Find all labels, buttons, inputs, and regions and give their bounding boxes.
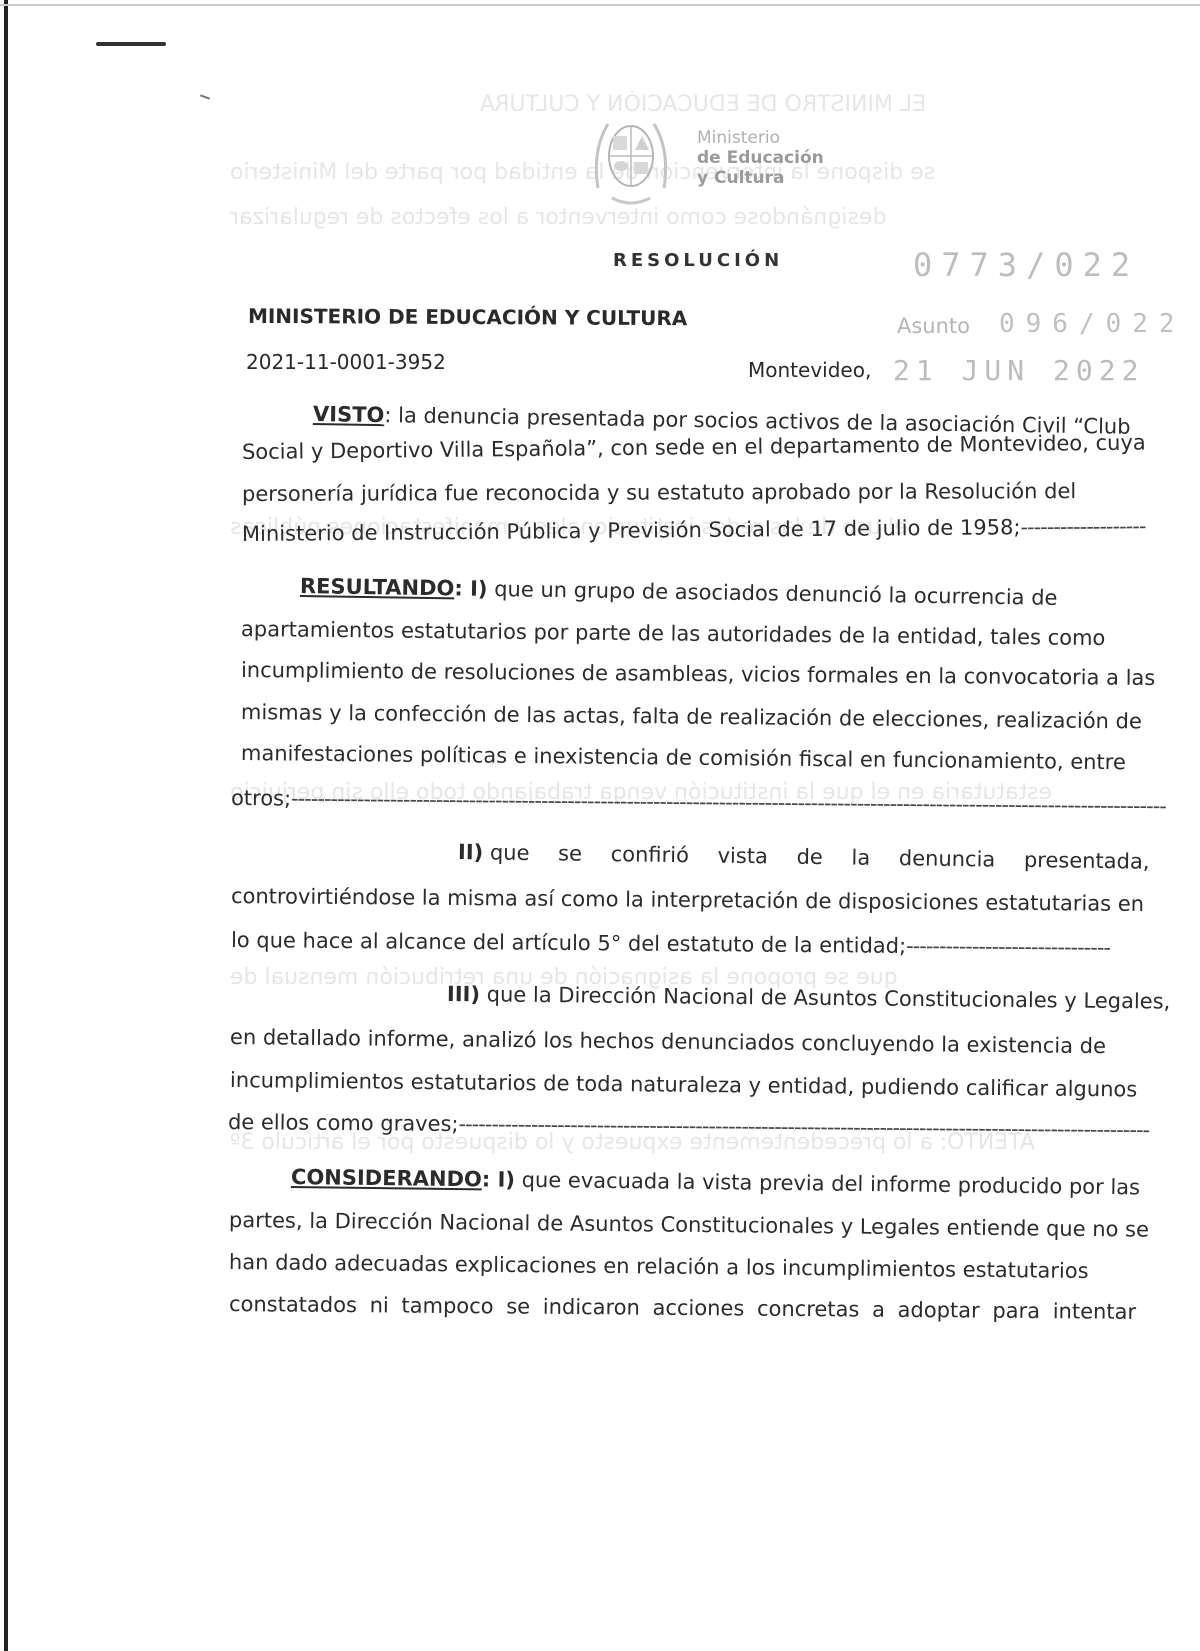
resultando-label: RESULTANDO [300, 574, 455, 600]
text-line: Social y Deportivo Villa Española”, con … [242, 431, 1146, 464]
text-line: incumplimiento de resoluciones de asambl… [241, 658, 1156, 690]
resultando-iii-line: III) que la Dirección Nacional de Asunto… [447, 982, 1171, 1014]
text-line: han dado adecuadas explicaciones en rela… [229, 1250, 1089, 1283]
date-stamp: 21 JUN 2022 [893, 354, 1144, 387]
logo-line: y Cultura [697, 168, 824, 188]
text-line: mismas y la confección de las actas, fal… [241, 700, 1142, 733]
text-line: personería jurídica fue reconocida y su … [242, 479, 1076, 506]
text-line: en detallado informe, analizó los hechos… [230, 1025, 1106, 1058]
text-line: constatados ni tampoco se indicaron acci… [229, 1292, 1136, 1324]
asunto-label: Asunto [897, 314, 970, 338]
issuing-ministry: MINISTERIO DE EDUCACIÓN Y CULTURA [248, 304, 687, 330]
logo-line: Ministerio [697, 128, 824, 148]
considerando-label: CONSIDERANDO [291, 1165, 482, 1191]
text-line-with-dashes: lo que hace al alcance del artículo 5° d… [231, 928, 1110, 960]
file-number: 2021-11-0001-3952 [246, 350, 446, 374]
text-line: partes, la Dirección Nacional de Asuntos… [229, 1208, 1149, 1242]
logo-line: de Educación [697, 148, 824, 168]
scan-edge-top [0, 4, 1200, 6]
bleed-through-text: EL MINISTRO DE EDUCACIÓN Y CULTURA [480, 92, 926, 117]
resultando-first-line: RESULTANDO: I) que un grupo de asociados… [300, 574, 1058, 610]
document-title: RESOLUCIÓN [613, 250, 783, 271]
text-line: apartamientos estatutarios por parte de … [241, 617, 1106, 650]
pen-tick [200, 94, 210, 99]
bleed-through-text: designándose como interventor a los efec… [230, 205, 886, 230]
pen-mark [96, 42, 166, 46]
place: Montevideo, [748, 358, 871, 382]
resolution-number-stamp: 0773/022 [913, 246, 1139, 284]
text-line: manifestaciones políticas e inexistencia… [241, 741, 1126, 774]
visto-label: VISTO [313, 402, 385, 427]
text-line: controvirtiéndose la misma así como la i… [231, 884, 1144, 916]
ministry-logo-text: Ministerio de Educación y Cultura [697, 128, 824, 188]
considerando-first-line: CONSIDERANDO: I) que evacuada la vista p… [291, 1165, 1140, 1199]
coat-of-arms-icon [590, 110, 672, 210]
bleed-through-text: se dispone la intervención de la entidad… [230, 160, 935, 185]
asunto-number-stamp: 096/022 [999, 309, 1186, 339]
resultando-ii-line: II) que se confirió vista de la denuncia… [458, 840, 1150, 874]
scan-edge [4, 0, 8, 1651]
text-line: incumplimientos estatutarios de toda nat… [230, 1068, 1137, 1101]
